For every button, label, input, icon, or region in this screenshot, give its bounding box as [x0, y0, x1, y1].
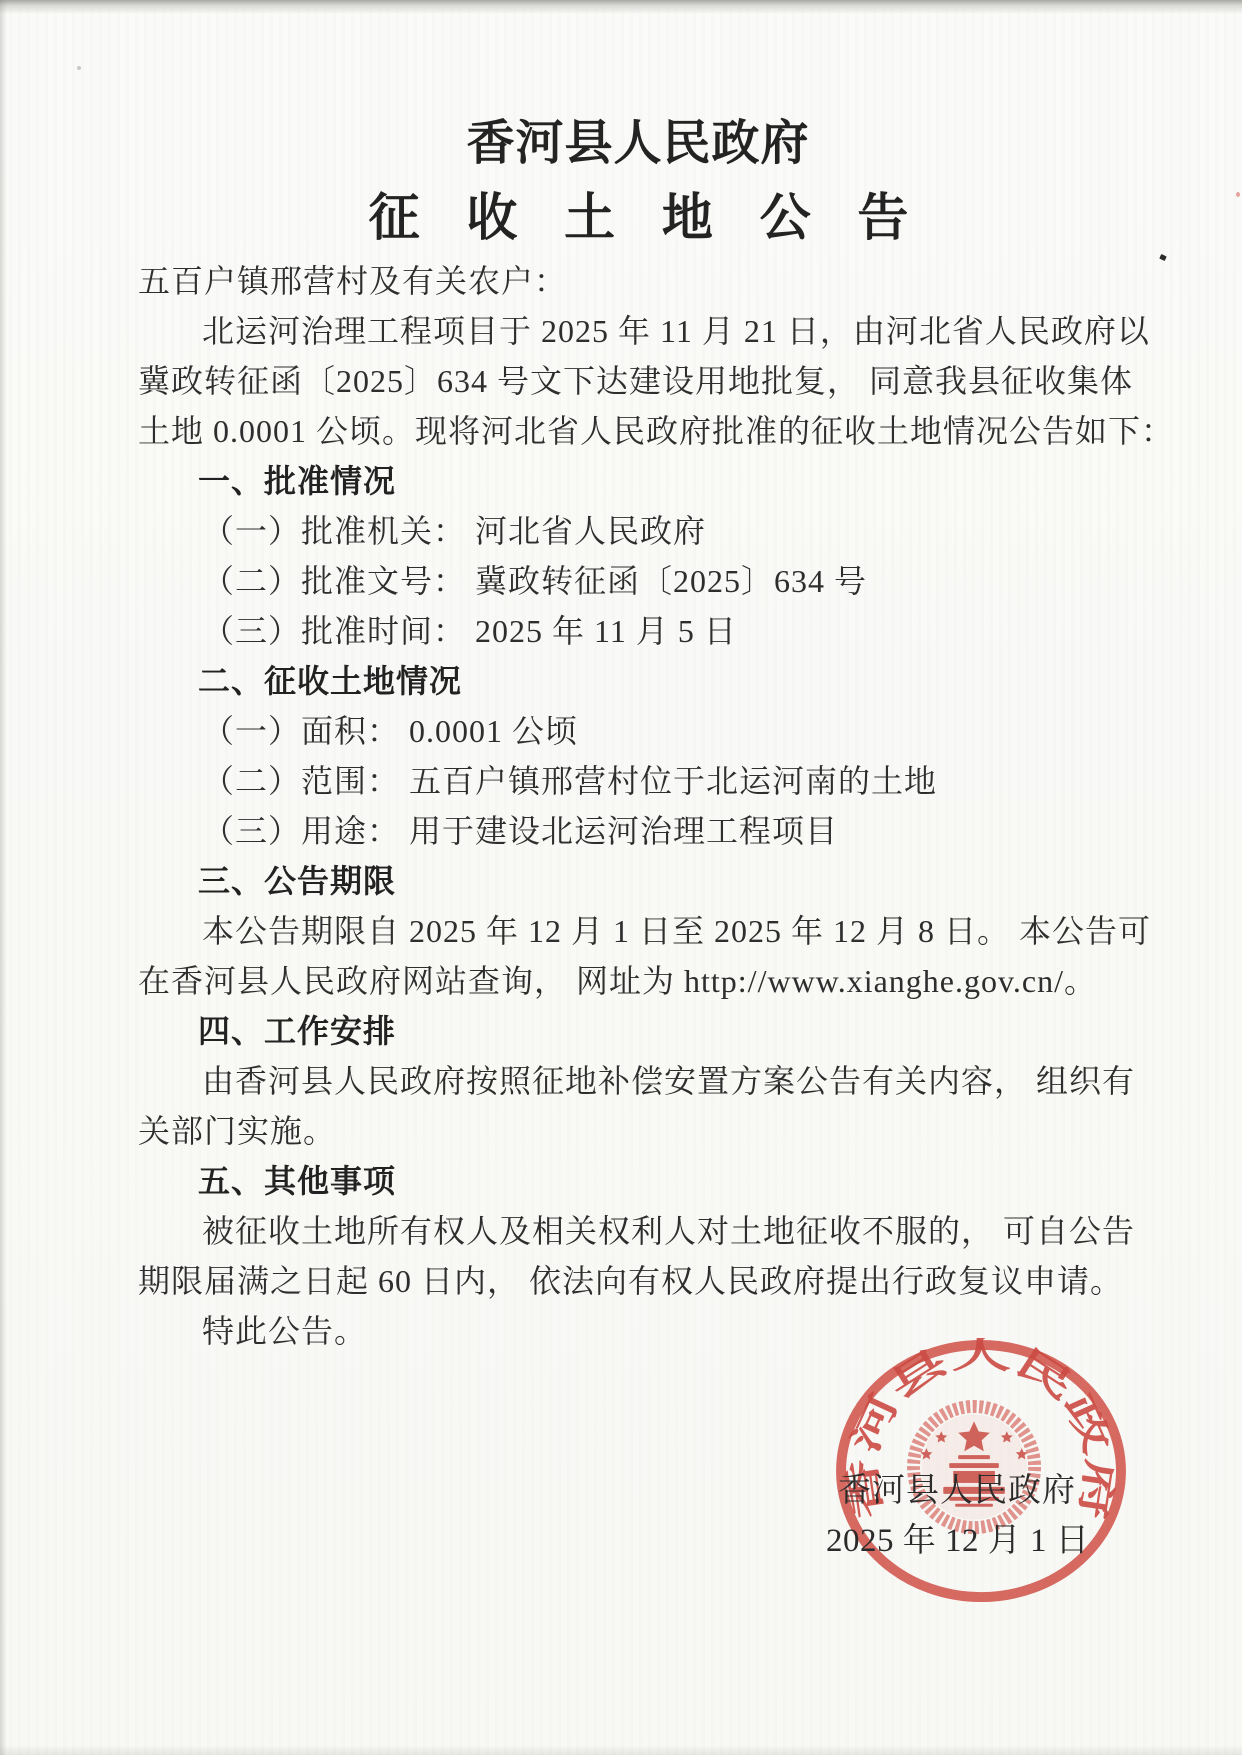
- body-line: （二）批准文号： 冀政转征函〔2025〕634 号: [202, 556, 1133, 606]
- scan-edge-left: [0, 0, 7, 1755]
- body-line: 一、批准情况: [198, 456, 1133, 506]
- body-line: 四、工作安排: [198, 1006, 1133, 1056]
- signature-authority: 香河县人民政府: [838, 1472, 1078, 1510]
- body-line: （二）范围： 五百户镇邢营村位于北运河南的土地: [202, 756, 1133, 806]
- body-line: 北运河治理工程项目于 2025 年 11 月 21 日，由河北省人民政府以: [202, 306, 1133, 356]
- body-line: 二、征收土地情况: [198, 656, 1133, 706]
- scan-edge-top: [0, 0, 1242, 14]
- scan-speck: [77, 66, 81, 70]
- body-line: 由香河县人民政府按照征地补偿安置方案公告有关内容， 组织有: [202, 1056, 1133, 1106]
- body-line: 土地 0.0001 公顷。现将河北省人民政府批准的征收土地情况公告如下：: [138, 406, 1133, 456]
- body-line: 本公告期限自 2025 年 12 月 1 日至 2025 年 12 月 8 日。…: [202, 906, 1133, 956]
- document-body: 五百户镇邢营村及有关农户：北运河治理工程项目于 2025 年 11 月 21 日…: [138, 256, 1133, 1356]
- body-line: （一）批准机关： 河北省人民政府: [202, 506, 1133, 556]
- signature-date: 2025 年 12 月 1 日: [826, 1522, 1086, 1560]
- body-line: （一）面积： 0.0001 公顷: [202, 706, 1133, 756]
- body-line: 五百户镇邢营村及有关农户：: [138, 256, 1133, 306]
- document-title: 香河县人民政府: [0, 104, 1242, 173]
- scan-edge-bottom: [0, 1745, 1242, 1755]
- body-line: 期限届满之日起 60 日内， 依法向有权人民政府提出行政复议申请。: [138, 1256, 1133, 1306]
- body-line: 三、公告期限: [198, 856, 1133, 906]
- body-line: （三）用途： 用于建设北运河治理工程项目: [202, 806, 1133, 856]
- body-line: 冀政转征函〔2025〕634 号文下达建设用地批复， 同意我县征收集体: [138, 356, 1133, 406]
- body-line: 关部门实施。: [138, 1106, 1133, 1156]
- scan-speck: [1159, 254, 1167, 261]
- body-line: （三）批准时间： 2025 年 11 月 5 日: [202, 606, 1133, 656]
- body-line: 被征收土地所有权人及相关权利人对土地征收不服的， 可自公告: [202, 1206, 1133, 1256]
- body-line: 五、其他事项: [198, 1156, 1133, 1206]
- announcement-page: 香河县人民政府 征 收 土 地 公 告 五百户镇邢营村及有关农户：北运河治理工程…: [0, 0, 1242, 1755]
- document-subtitle: 征 收 土 地 公 告: [0, 176, 1242, 250]
- body-line: 在香河县人民政府网站查询， 网址为 http://www.xianghe.gov…: [138, 956, 1133, 1006]
